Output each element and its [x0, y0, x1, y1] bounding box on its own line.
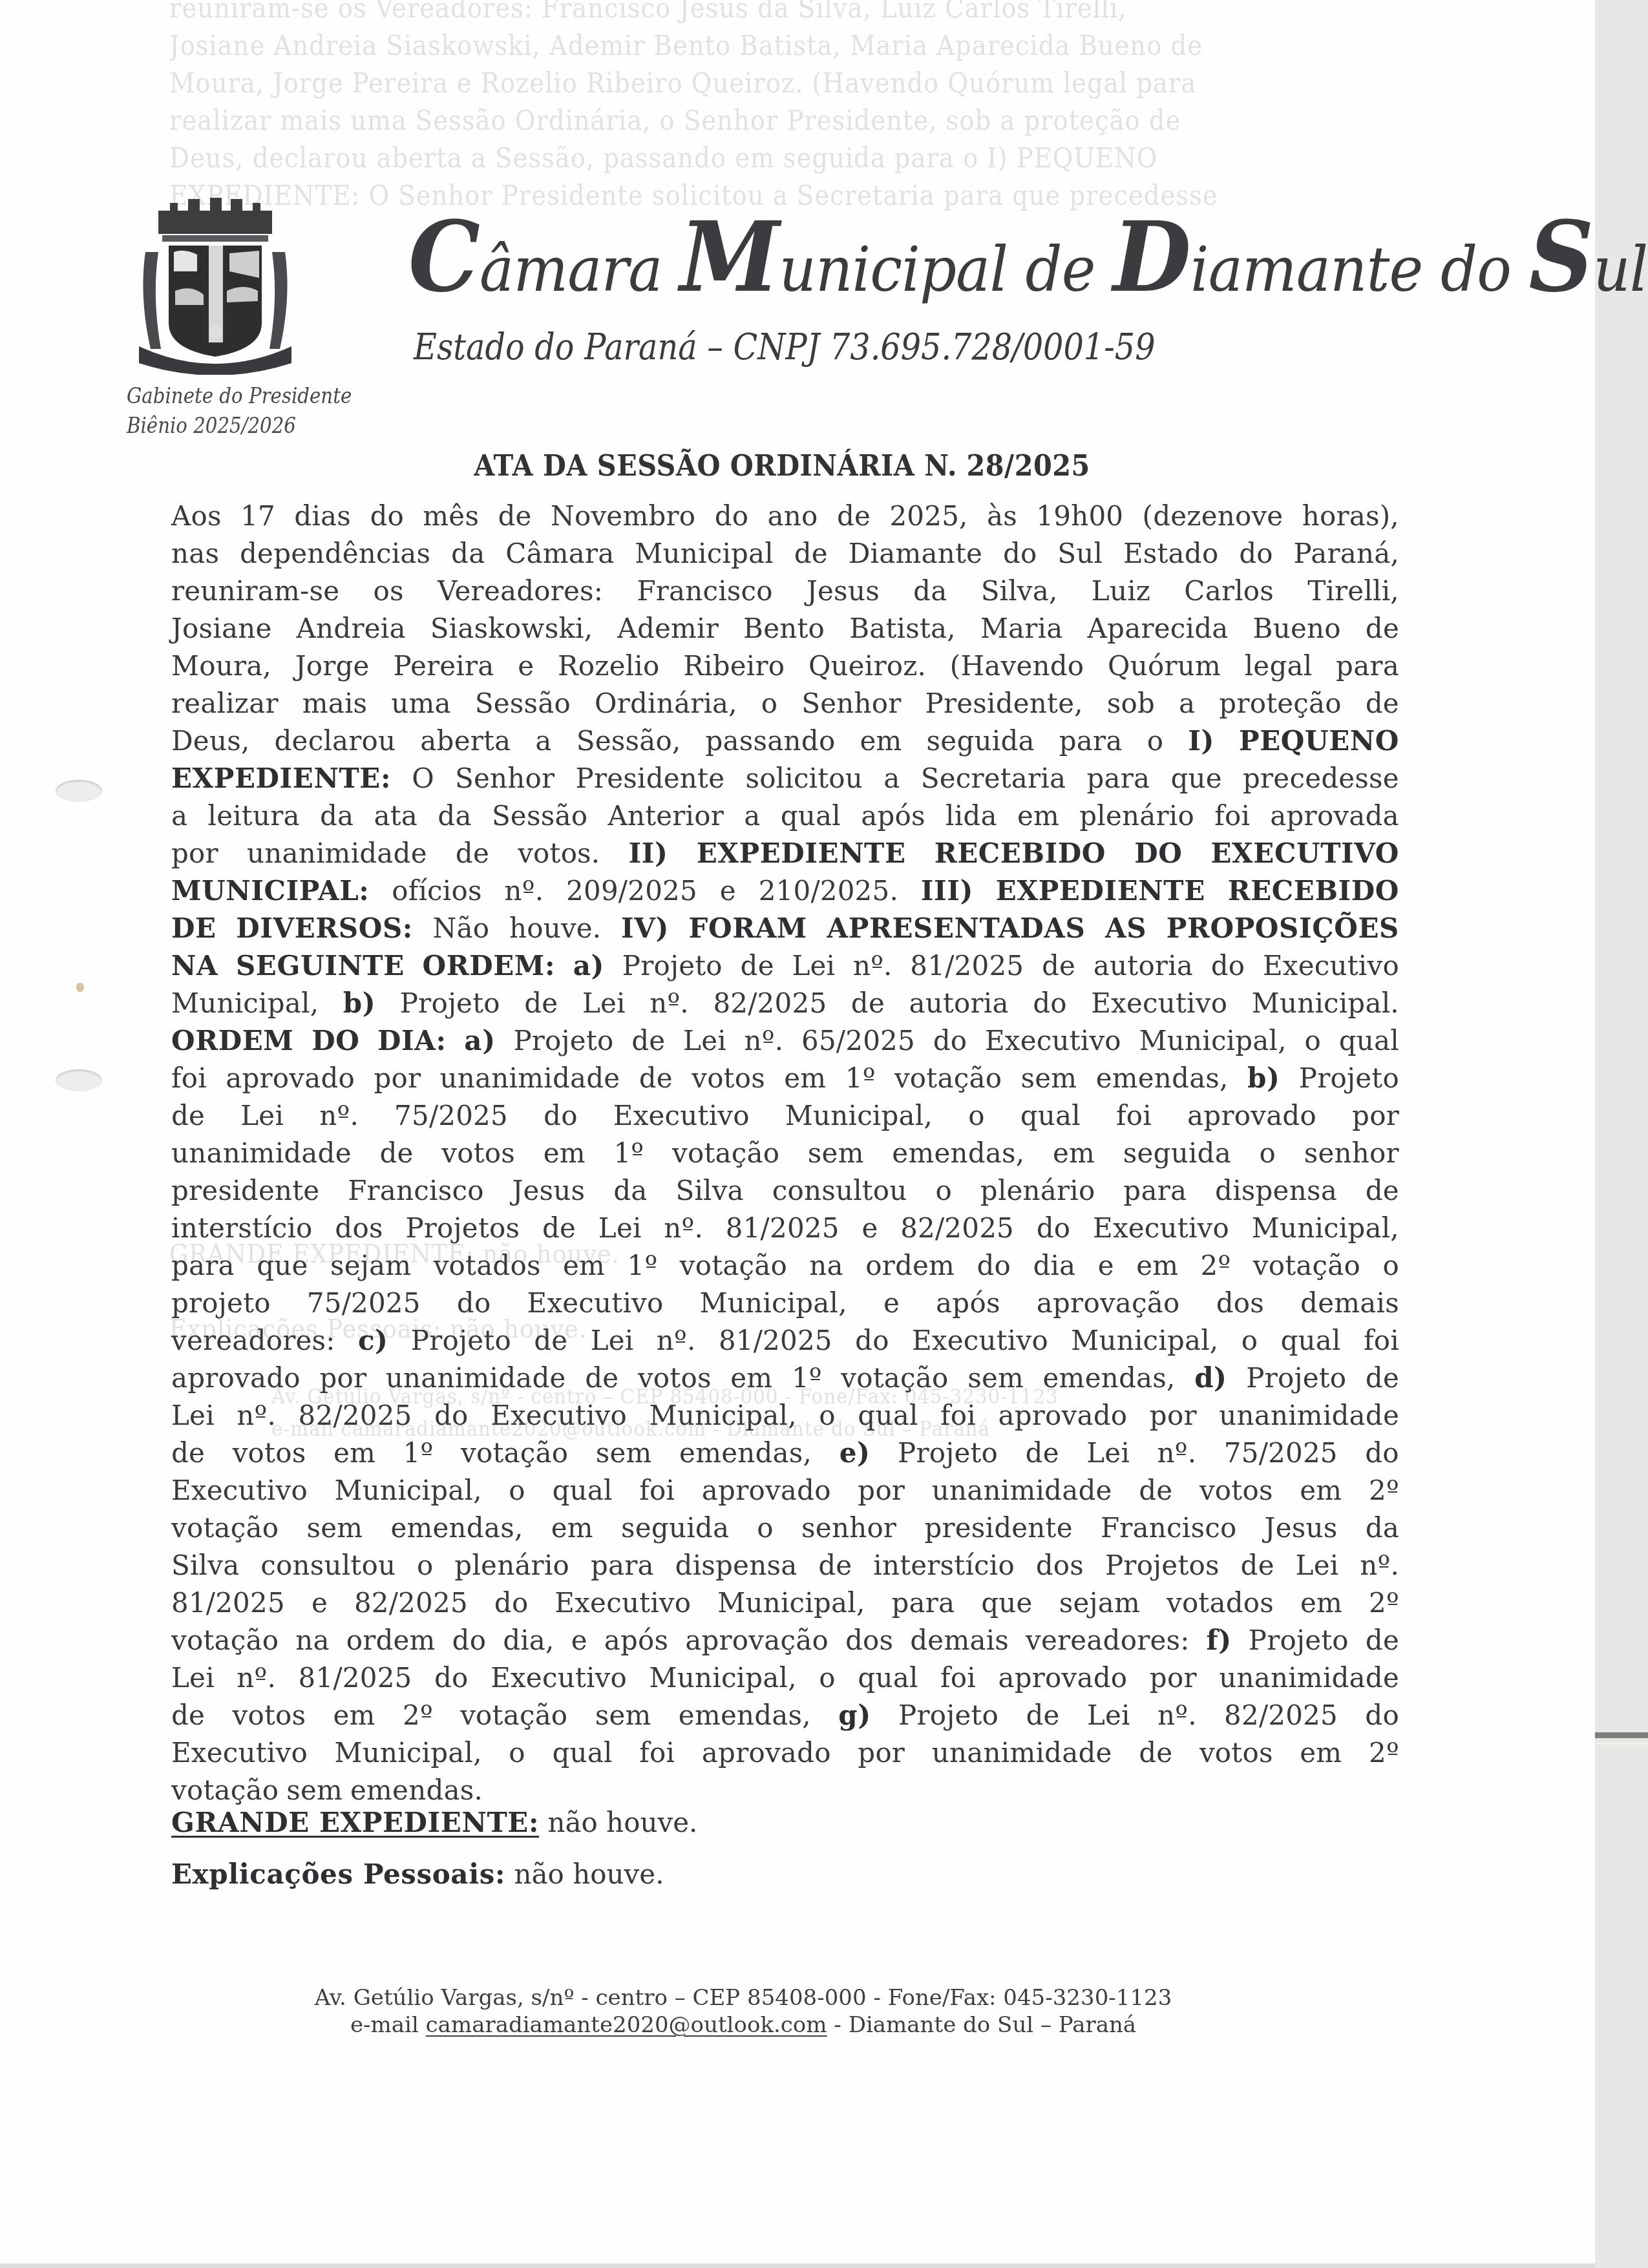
- body-line: foiaprovadoporunanimidadedevotosem1ºvota…: [171, 1060, 1399, 1097]
- footer-address: Av. Getúlio Vargas, s/nº - centro – CEP …: [0, 1985, 1486, 2011]
- body-line: Deus,declarouabertaaSessão,passandoemseg…: [171, 722, 1399, 760]
- body-line: interstíciodosProjetosdeLeinº.81/2025e82…: [171, 1210, 1399, 1247]
- explicacoes-value: não houve.: [505, 1858, 664, 1890]
- grande-expediente-label: GRANDE EXPEDIENTE:: [171, 1807, 539, 1838]
- body-line: ExecutivoMunicipal,oqualfoiaprovadoporun…: [171, 1472, 1399, 1509]
- body-line: Leinº.81/2025doExecutivoMunicipal,oqualf…: [171, 1659, 1399, 1697]
- page-bottom-edge: [0, 2263, 1595, 2268]
- explicacoes-pessoais: Explicações Pessoais: não houve.: [171, 1856, 664, 1893]
- body-line: realizarmaisumaSessãoOrdinária,oSenhorPr…: [171, 685, 1399, 722]
- scanner-background-strip: [1595, 0, 1648, 2268]
- punch-hole-icon: [56, 1069, 102, 1091]
- state-and-cnpj: Estado do Paraná – CNPJ 73.695.728/0001-…: [414, 326, 1155, 368]
- body-line: Aos17diasdomêsdeNovembrodoanode2025,às19…: [171, 498, 1399, 535]
- body-line: Moura,JorgePereiraeRozelioRibeiroQueiroz…: [171, 647, 1399, 685]
- scanner-edge-highlight: [1596, 1743, 1648, 1745]
- body-line: EXPEDIENTE:OSenhorPresidentesolicitouaSe…: [171, 760, 1399, 797]
- body-line: Municipal,b)ProjetodeLeinº.82/2025deauto…: [171, 985, 1399, 1022]
- grande-expediente: GRANDE EXPEDIENTE: não houve.: [171, 1804, 697, 1842]
- body-line: nasdependênciasdaCâmaraMunicipaldeDiaman…: [171, 535, 1399, 572]
- bleed-through-top: reuniram-se os Vereadores: Francisco Jes…: [169, 0, 1299, 215]
- minutes-body: Aos17diasdomêsdeNovembrodoanode2025,às19…: [171, 498, 1399, 1809]
- body-line: MUNICIPAL:ofíciosnº.209/2025e210/2025.II…: [171, 872, 1399, 910]
- body-line: aleituradaatadaSessãoAnterioraqualapósli…: [171, 797, 1399, 835]
- body-line: unanimidadedevotosem1ºvotaçãosememendas,…: [171, 1135, 1399, 1172]
- body-line: DEDIVERSOS:Nãohouve.IV)FORAMAPRESENTADAS…: [171, 910, 1399, 947]
- body-line: ExecutivoMunicipal,oqualfoiaprovadoporun…: [171, 1734, 1399, 1772]
- explicacoes-label: Explicações Pessoais:: [171, 1858, 505, 1890]
- body-line: NASEGUINTEORDEM:a)ProjetodeLeinº.81/2025…: [171, 947, 1399, 985]
- body-line: paraquesejamvotadosem1ºvotaçãonaordemdod…: [171, 1247, 1399, 1285]
- body-line: deLeinº.75/2025doExecutivoMunicipal,oqua…: [171, 1097, 1399, 1135]
- cabinet-label: Gabinete do Presidente Biênio 2025/2026: [127, 381, 352, 441]
- body-line: projeto75/2025doExecutivoMunicipal,eapós…: [171, 1285, 1399, 1322]
- institution-name: Câmara Municipal de Diamante do Sul: [408, 200, 1647, 314]
- body-line: votaçãonaordemdodia,eapósaprovaçãodosdem…: [171, 1622, 1399, 1659]
- email-suffix: - Diamante do Sul – Paraná: [827, 2012, 1137, 2038]
- grande-expediente-value: não houve.: [539, 1807, 697, 1838]
- body-line: devotosem2ºvotaçãosememendas,g)Projetode…: [171, 1697, 1399, 1734]
- footer-contact: e-mail camaradiamante2020@outlook.com - …: [0, 2012, 1486, 2038]
- body-line: aprovadoporunanimidadedevotosem1ºvotação…: [171, 1360, 1399, 1397]
- body-line: votaçãosememendas,emseguidaosenhorpresid…: [171, 1509, 1399, 1547]
- coat-of-arms-icon: [132, 194, 298, 375]
- body-line: ORDEMDODIA:a)ProjetodeLeinº.65/2025doExe…: [171, 1022, 1399, 1060]
- cabinet-biennium: Biênio 2025/2026: [127, 411, 352, 441]
- email-link[interactable]: camaradiamante2020@outlook.com: [426, 2012, 827, 2038]
- punch-hole-icon: [56, 780, 102, 802]
- body-line: porunanimidadedevotos.II)EXPEDIENTERECEB…: [171, 835, 1399, 872]
- document-title: ATA DA SESSÃO ORDINÁRIA N. 28/2025: [466, 450, 1098, 483]
- body-line: vereadores:c)ProjetodeLeinº.81/2025doExe…: [171, 1322, 1399, 1360]
- paper-speck: [76, 983, 84, 992]
- email-prefix: e-mail: [350, 2012, 426, 2038]
- scanner-edge-line: [1595, 1732, 1648, 1738]
- body-line: reuniram-seosVereadores:FranciscoJesusda…: [171, 572, 1399, 610]
- body-line: presidenteFranciscoJesusdaSilvaconsultou…: [171, 1172, 1399, 1210]
- body-line: 81/2025e82/2025doExecutivoMunicipal,para…: [171, 1584, 1399, 1622]
- body-line: devotosem1ºvotaçãosememendas,e)Projetode…: [171, 1434, 1399, 1472]
- body-line: JosianeAndreiaSiaskowski,AdemirBentoBati…: [171, 610, 1399, 647]
- body-line: Leinº.82/2025doExecutivoMunicipal,oqualf…: [171, 1397, 1399, 1434]
- body-line: Silvaconsultouoplenárioparadispensadeint…: [171, 1547, 1399, 1584]
- cabinet-office: Gabinete do Presidente: [127, 381, 352, 411]
